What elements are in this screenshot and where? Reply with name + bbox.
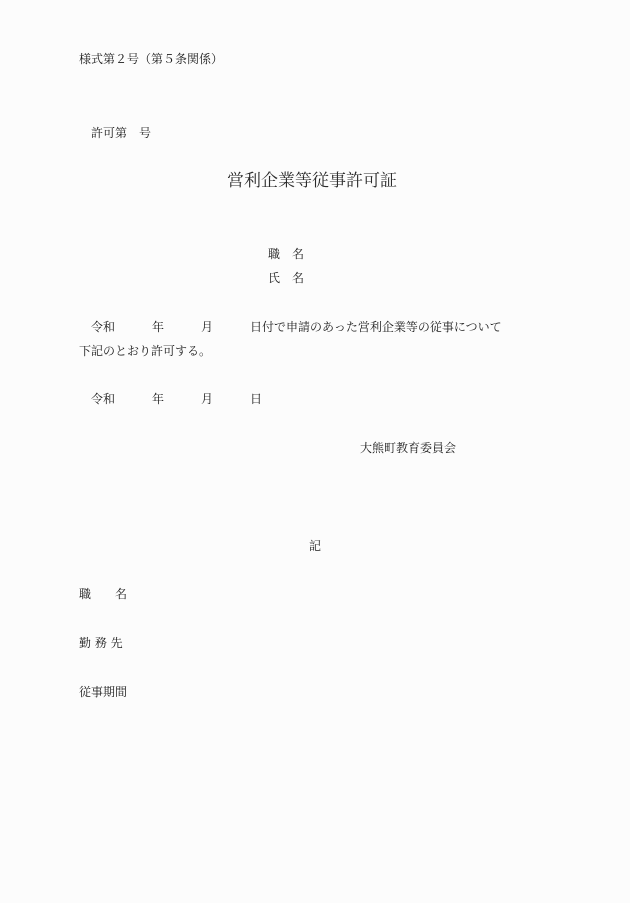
document-title: 営利企業等従事許可証 — [227, 171, 397, 191]
issue-month: 月 — [201, 392, 213, 406]
issue-date: 令和 年 月 日 — [0, 392, 630, 406]
issue-year: 年 — [152, 392, 164, 406]
body-text: 日付で申請のあった営利企業等の従事について — [250, 320, 502, 334]
issue-era: 令和 — [91, 392, 115, 406]
issuer: 大熊町教育委員会 — [360, 441, 456, 455]
field-position-label: 職 名 — [79, 587, 127, 601]
field-workplace-label: 勤 務 先 — [79, 636, 123, 650]
recipient-position-label: 職 名 — [268, 247, 304, 261]
form-number: 様式第２号（第５条関係） — [79, 52, 223, 66]
issue-day: 日 — [250, 392, 262, 406]
recipient-name-label: 氏 名 — [268, 271, 304, 285]
body-month: 月 — [201, 320, 213, 334]
body-year: 年 — [152, 320, 164, 334]
permit-number-label: 許可第 号 — [91, 126, 151, 140]
field-period-label: 従事期間 — [79, 685, 127, 699]
body-line-2: 下記のとおり許可する。 — [79, 344, 211, 358]
body-line-1: 令和 年 月 日付で申請のあった営利企業等の従事について — [0, 320, 630, 334]
body-era: 令和 — [91, 320, 115, 334]
notes-heading: 記 — [309, 539, 321, 553]
